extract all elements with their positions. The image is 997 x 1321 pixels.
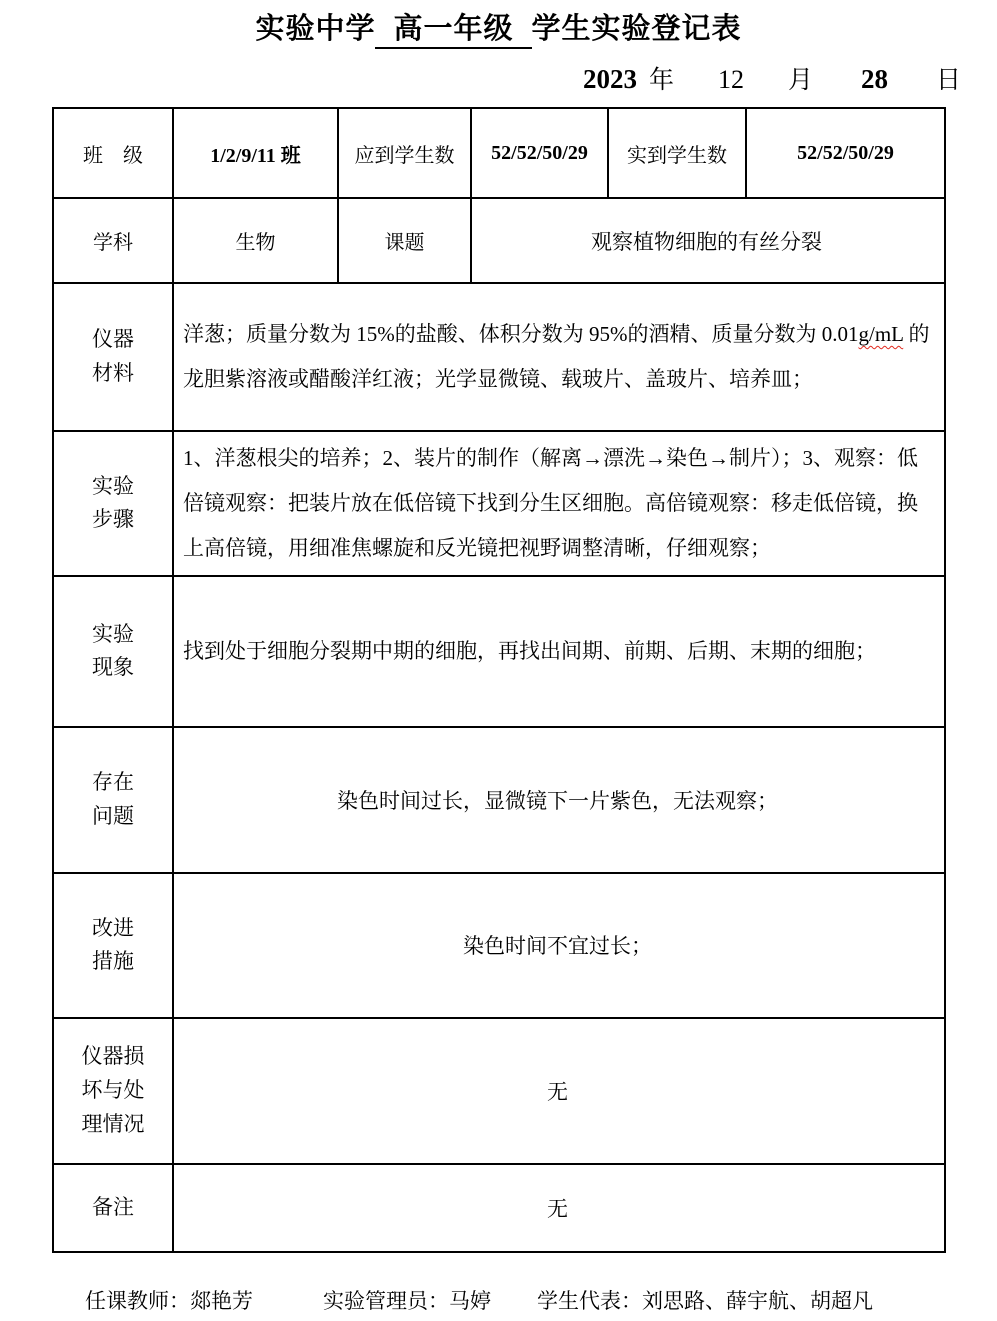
phenomena-content-cell: 找到处于细胞分裂期中期的细胞，再找出间期、前期、后期、末期的细胞； [173, 576, 945, 727]
problems-content-cell: 染色时间过长，显微镜下一片紫色，无法观察； [173, 727, 945, 873]
subject-label-cell: 学科 [53, 198, 173, 283]
actual-students-value-cell: 52/52/50/29 [746, 108, 945, 198]
equipment-text-part1: 洋葱；质量分数为 15%的盐酸、体积分数为 95%的酒精、质量分数为 0.01 [183, 322, 858, 346]
topic-value-cell: 观察植物细胞的有丝分裂 [471, 198, 945, 283]
table-row-remarks: 备注 无 [53, 1164, 945, 1252]
representatives-names: 刘思路、薛宇航、胡超凡 [642, 1285, 873, 1315]
phenomena-label-cell: 实验 现象 [53, 576, 173, 727]
title-suffix: 学生实验登记表 [532, 13, 742, 45]
remarks-label-cell: 备注 [53, 1164, 173, 1252]
registration-table: 班 级 1/2/9/11 班 应到学生数 52/52/50/29 实到学生数 5… [52, 107, 946, 1253]
teacher-label: 任课教师： [85, 1285, 190, 1315]
teacher-name: 郯艳芳 [190, 1285, 253, 1315]
table-row-problems: 存在 问题 染色时间过长，显微镜下一片紫色，无法观察； [53, 727, 945, 873]
title-prefix: 实验中学 [255, 13, 375, 45]
subject-value-cell: 生物 [173, 198, 338, 283]
table-row-damage: 仪器损 坏与处 理情况 无 [53, 1018, 945, 1164]
equipment-content-cell: 洋葱；质量分数为 15%的盐酸、体积分数为 95%的酒精、质量分数为 0.01g… [173, 283, 945, 431]
title-grade-underlined: 高一年级 [375, 6, 531, 49]
date-year: 2023 [583, 64, 637, 95]
damage-content-cell: 无 [173, 1018, 945, 1164]
date-month-unit: 月 [788, 60, 813, 96]
remarks-content-cell: 无 [173, 1164, 945, 1252]
table-row-equipment: 仪器 材料 洋葱；质量分数为 15%的盐酸、体积分数为 95%的酒精、质量分数为… [53, 283, 945, 431]
date-month: 12 [718, 65, 744, 95]
expected-students-value-cell: 52/52/50/29 [471, 108, 608, 198]
date-day-unit: 日 [936, 60, 961, 96]
table-row-subject: 学科 生物 课题 观察植物细胞的有丝分裂 [53, 198, 945, 283]
equipment-text-squiggle: g/mL [858, 322, 903, 346]
experiment-registration-form: 实验中学高一年级学生实验登记表 2023 年 12 月 28 日 班 级 1/2… [0, 0, 997, 1321]
signature-line: 任课教师：郯艳芳 实验管理员：马婷 学生代表：刘思路、薛宇航、胡超凡 [85, 1285, 873, 1315]
damage-label-cell: 仪器损 坏与处 理情况 [53, 1018, 173, 1164]
improvements-content-cell: 染色时间不宜过长； [173, 873, 945, 1018]
actual-students-label-cell: 实到学生数 [608, 108, 746, 198]
table-row-improvements: 改进 措施 染色时间不宜过长； [53, 873, 945, 1018]
expected-students-label-cell: 应到学生数 [338, 108, 471, 198]
improvements-label-cell: 改进 措施 [53, 873, 173, 1018]
page-title: 实验中学高一年级学生实验登记表 [0, 6, 997, 49]
table-row-steps: 实验 步骤 1、洋葱根尖的培养；2、装片的制作（解离→漂洗→染色→制片）；3、观… [53, 431, 945, 576]
manager-label: 实验管理员： [323, 1285, 449, 1315]
table-row-class: 班 级 1/2/9/11 班 应到学生数 52/52/50/29 实到学生数 5… [53, 108, 945, 198]
class-label-cell: 班 级 [53, 108, 173, 198]
date-day: 28 [861, 64, 888, 95]
steps-content-cell: 1、洋葱根尖的培养；2、装片的制作（解离→漂洗→染色→制片）；3、观察：低倍镜观… [173, 431, 945, 576]
problems-label-cell: 存在 问题 [53, 727, 173, 873]
equipment-label-cell: 仪器 材料 [53, 283, 173, 431]
table-row-phenomena: 实验 现象 找到处于细胞分裂期中期的细胞，再找出间期、前期、后期、末期的细胞； [53, 576, 945, 727]
topic-label-cell: 课题 [338, 198, 471, 283]
date-line: 2023 年 12 月 28 日 [0, 60, 997, 100]
representatives-label: 学生代表： [537, 1285, 642, 1315]
steps-label-cell: 实验 步骤 [53, 431, 173, 576]
manager-name: 马婷 [449, 1285, 491, 1315]
class-value-cell: 1/2/9/11 班 [173, 108, 338, 198]
date-year-unit: 年 [649, 60, 674, 96]
